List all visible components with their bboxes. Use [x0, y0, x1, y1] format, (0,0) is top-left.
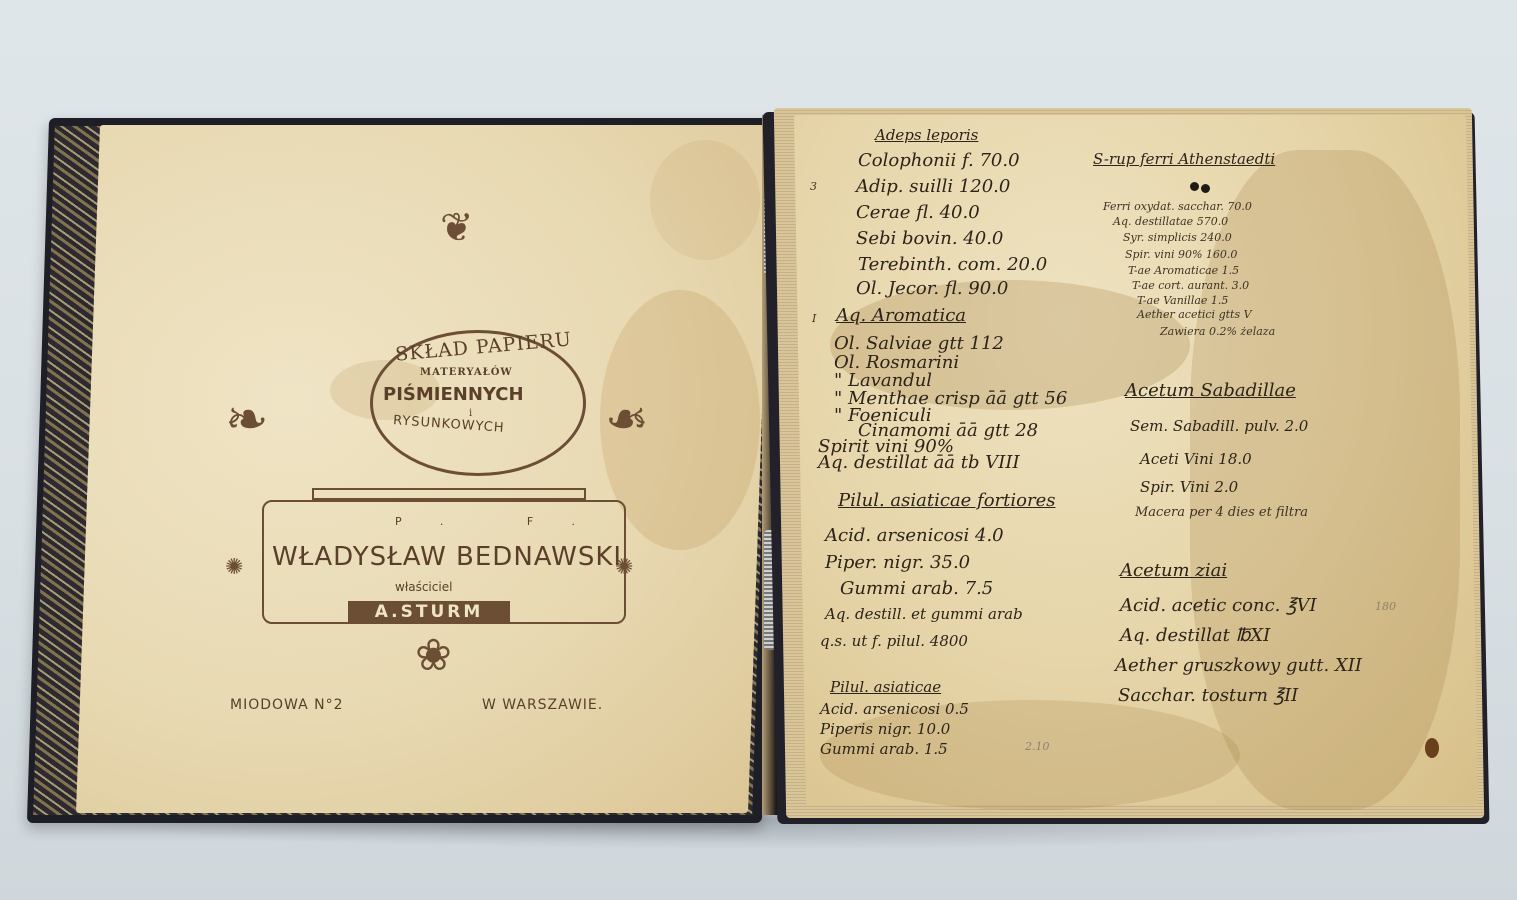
recipe-line: Adip. suilli 120.0	[856, 176, 1010, 197]
label-conjunction: i	[469, 408, 472, 419]
ink-blot	[1201, 184, 1210, 193]
label-bar-ornament	[312, 488, 586, 500]
rosette-left-ornament: ✺	[225, 555, 243, 580]
recipe-line: Aq. destillat ℔XI	[1120, 625, 1270, 646]
recipe-line: q.s. ut f. pilul. 4800	[820, 632, 968, 650]
margin-mark: 2.10	[1025, 740, 1050, 753]
recipe-line: Sacchar. tosturn ℥II	[1118, 685, 1298, 706]
recipe-heading: S-rup ferri Athenstaedti	[1093, 150, 1275, 168]
recipe-line: Macera per 4 dies et filtra	[1135, 505, 1308, 520]
recipe-line: Aether gruszkowy gutt. XII	[1115, 655, 1362, 676]
recipe-line: Acid. arsenicosi 0.5	[820, 700, 969, 718]
recipe-heading: Pilul. asiaticae	[830, 678, 941, 696]
recipe-line: Piper. nigr. 35.0	[825, 552, 970, 573]
recipe-line: Spir. Vini 2.0	[1140, 478, 1238, 496]
recipe-line: T-ae Vanillae 1.5	[1137, 294, 1228, 307]
recipe-line: Ferri oxydat. sacchar. 70.0	[1103, 200, 1252, 213]
recipe-line: Ol. Salviae gtt 112	[834, 333, 1004, 354]
label-materyalow: MATERYAŁÓW	[420, 367, 513, 378]
margin-mark: 180	[1375, 600, 1396, 613]
cherub-right-ornament: ❧	[605, 390, 649, 450]
cherub-left-ornament: ❧	[225, 390, 269, 450]
recipe-heading: Pilul. asiaticae fortiores	[838, 490, 1055, 511]
label-initials: P. F.	[395, 515, 615, 528]
recipe-line: T-ae cort. aurant. 3.0	[1132, 279, 1249, 292]
label-owner-role: właściciel	[395, 580, 452, 594]
ink-blot	[1190, 182, 1199, 191]
recipe-line: Sem. Sabadill. pulv. 2.0	[1130, 417, 1308, 435]
recipe-line: Gummi arab. 7.5	[840, 578, 993, 599]
recipe-line: Terebinth. com. 20.0	[858, 254, 1047, 275]
recipe-line: Colophonii f. 70.0	[858, 150, 1020, 171]
recipe-heading: Adeps leporis	[875, 126, 978, 144]
recipe-line: Syr. simplicis 240.0	[1123, 231, 1232, 244]
label-proprietor-plaque: A.STURM	[348, 601, 510, 623]
margin-mark: I	[812, 312, 816, 325]
recipe-line: Zawiera 0.2% żelaza	[1160, 325, 1275, 338]
margin-mark: 3	[810, 180, 817, 193]
recipe-line: Acid. arsenicosi 4.0	[825, 525, 1004, 546]
burn-mark	[1425, 738, 1439, 758]
label-city: W WARSZAWIE.	[482, 697, 603, 713]
label-address: MIODOWA N°2	[230, 697, 344, 713]
recipe-line: Cerae fl. 40.0	[856, 202, 980, 223]
recipe-heading: Aq. Aromatica	[836, 305, 966, 326]
label-owner-name: WŁADYSŁAW BEDNAWSKI	[272, 542, 622, 572]
recipe-line: Gummi arab. 1.5	[820, 740, 948, 758]
recipe-line: Sebi bovin. 40.0	[856, 228, 1003, 249]
recipe-line: Ol. Jecor. fl. 90.0	[856, 278, 1008, 299]
shell-ornament: ❀	[415, 630, 452, 681]
recipe-line: T-ae Aromaticae 1.5	[1128, 264, 1239, 277]
recipe-line: Aq. destillat āā tb VIII	[818, 452, 1020, 473]
recipe-line: Acid. acetic conc. ℥VI	[1120, 595, 1317, 616]
recipe-line: Aq. destill. et gummi arab	[825, 605, 1023, 623]
recipe-line: Aceti Vini 18.0	[1140, 450, 1252, 468]
recipe-line: Aether acetici gtts V	[1137, 308, 1252, 321]
recipe-heading: Acetum Sabadillae	[1125, 380, 1296, 401]
recipe-line: Spir. vini 90% 160.0	[1125, 248, 1237, 261]
flower-basket-ornament: ❦	[440, 205, 474, 251]
label-pismiennych: PIŚMIENNYCH	[383, 384, 524, 405]
water-stain	[650, 140, 760, 260]
recipe-heading: Acetum ziai	[1120, 560, 1227, 581]
recipe-line: Piperis nigr. 10.0	[820, 720, 950, 738]
recipe-line: Aq. destillatae 570.0	[1113, 215, 1228, 228]
